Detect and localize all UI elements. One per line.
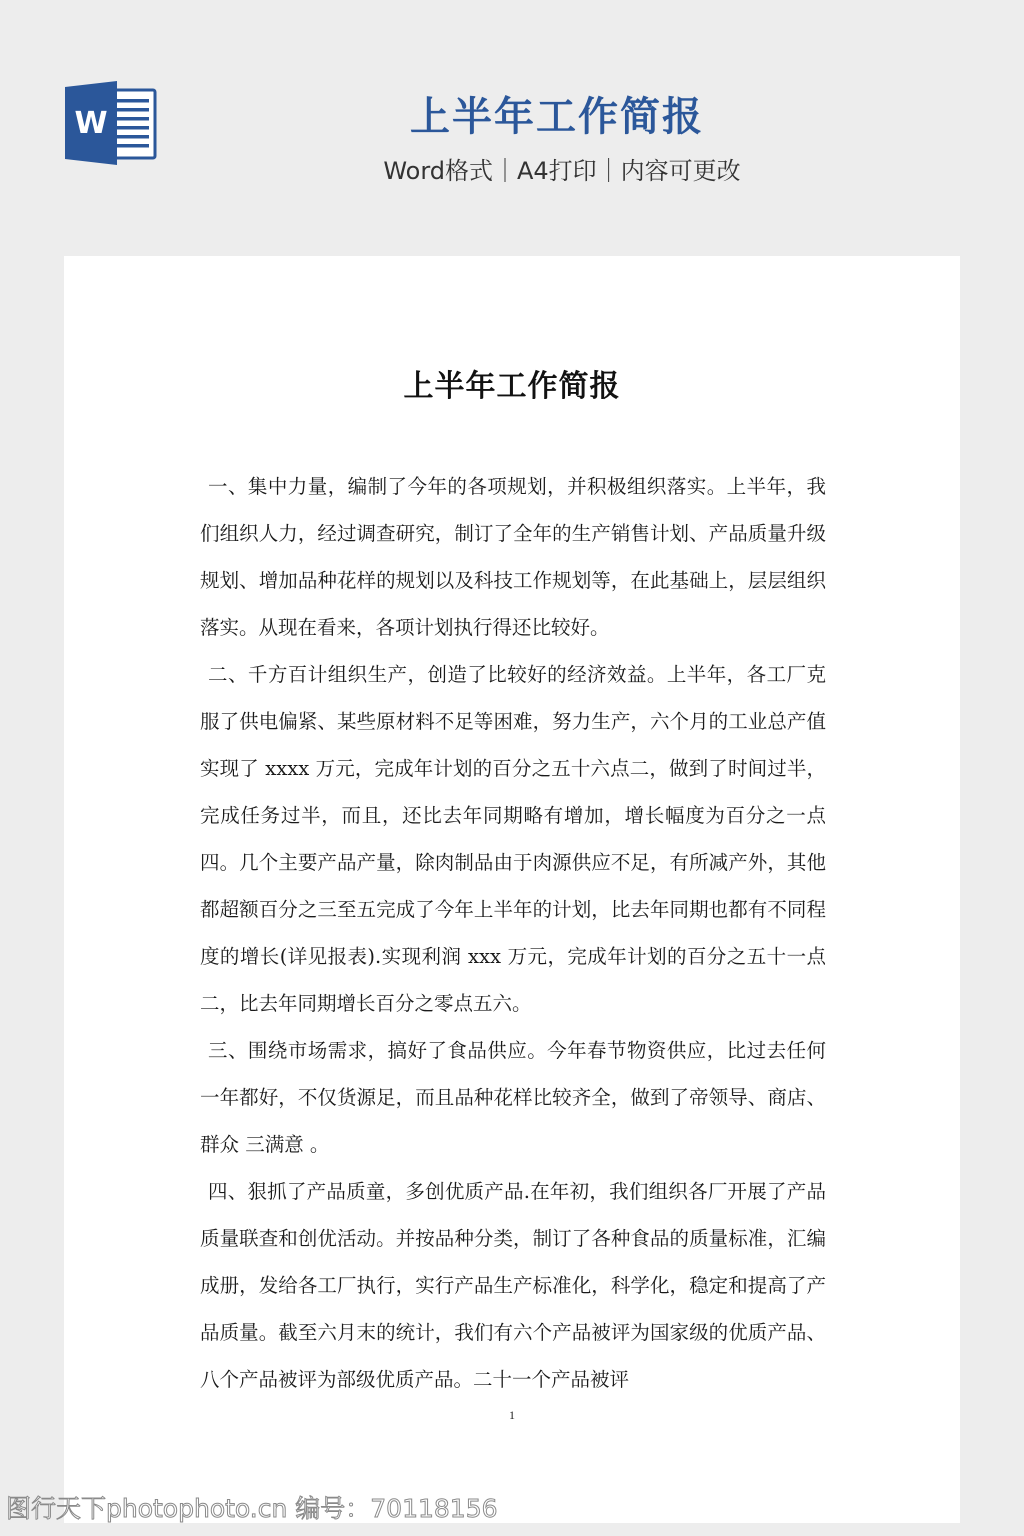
header-banner: W 上半年工作简报 Word格式｜A4打印｜内容可更改 <box>0 0 1024 256</box>
document-body: 一、集中力量，编制了今年的各项规划，并积极组织落实。上半年，我们组织人力，经过调… <box>200 463 826 1403</box>
watermark-text: 图行天下photophoto.cn 编号：70118156 <box>6 1493 498 1525</box>
paragraph-4: 四、狠抓了产品质童，多创优质产品.在年初，我们组织各厂开展了产品质量联查和创优活… <box>200 1168 826 1403</box>
document-title: 上半年工作简报 <box>64 365 960 409</box>
paragraph-3: 三、围绕市场需求，搞好了食品供应。今年春节物资供应，比过去任何一年都好，不仅货源… <box>200 1027 826 1168</box>
banner-subtitle: Word格式｜A4打印｜内容可更改 <box>0 154 1024 188</box>
paragraph-1: 一、集中力量，编制了今年的各项规划，并积极组织落实。上半年，我们组织人力，经过调… <box>200 463 826 651</box>
banner-title: 上半年工作简报 <box>0 92 1024 142</box>
document-page: 上半年工作简报 一、集中力量，编制了今年的各项规划，并积极组织落实。上半年，我们… <box>64 256 960 1523</box>
paragraph-2: 二、千方百计组织生产，创造了比较好的经济效益。上半年，各工厂克服了供电偏紧、某些… <box>200 651 826 1027</box>
page-number: 1 <box>64 1408 960 1423</box>
